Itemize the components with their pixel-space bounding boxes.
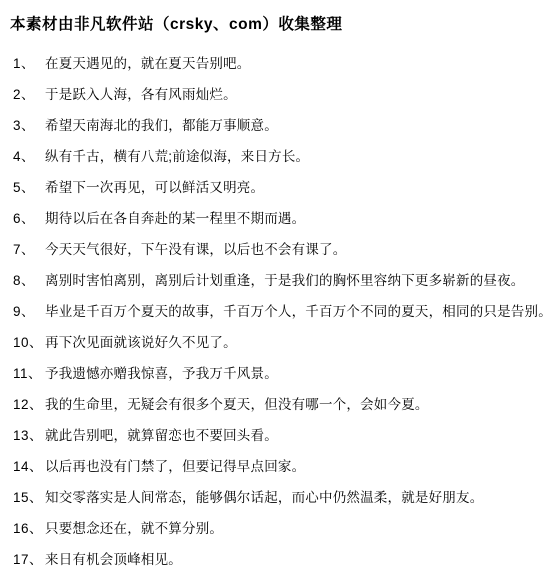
quote-item-text: 就此告别吧，就算留恋也不要回头看。 <box>45 427 546 444</box>
quote-item-text: 纵有千古，横有八荒;前途似海，来日方长。 <box>45 148 546 165</box>
quote-item-number: 5、 <box>13 179 45 196</box>
quote-item-text: 希望下一次再见，可以鲜活又明亮。 <box>45 179 546 196</box>
quote-item-text: 希望天南海北的我们，都能万事顺意。 <box>45 117 546 134</box>
quote-item-number: 10、 <box>13 334 45 351</box>
quote-item-number: 11、 <box>13 365 45 382</box>
quote-item: 13、 就此告别吧，就算留恋也不要回头看。 <box>13 427 546 444</box>
quote-item-text: 在夏天遇见的，就在夏天告别吧。 <box>45 55 546 72</box>
quote-item: 14、 以后再也没有门禁了，但要记得早点回家。 <box>13 458 546 475</box>
quote-item-text: 再下次见面就该说好久不见了。 <box>45 334 546 351</box>
quote-item-text: 以后再也没有门禁了，但要记得早点回家。 <box>45 458 546 475</box>
quote-item: 15、 知交零落实是人间常态，能够偶尔话起，而心中仍然温柔，就是好朋友。 <box>13 489 546 506</box>
quote-item-number: 9、 <box>13 303 45 320</box>
quote-item: 9、 毕业是千百万个夏天的故事，千百万个人，千百万个不同的夏天，相同的只是告别。 <box>13 303 546 320</box>
quote-item: 10、 再下次见面就该说好久不见了。 <box>13 334 546 351</box>
quote-item-number: 6、 <box>13 210 45 227</box>
quote-item-number: 3、 <box>13 117 45 134</box>
quote-item-number: 12、 <box>13 396 45 413</box>
quote-item: 8、 离别时害怕离别，离别后计划重逢，于是我们的胸怀里容纳下更多崭新的昼夜。 <box>13 272 546 289</box>
quote-item-text: 期待以后在各自奔赴的某一程里不期而遇。 <box>45 210 546 227</box>
quote-item-number: 2、 <box>13 86 45 103</box>
document-page: 本素材由非凡软件站（crsky、com）收集整理 1、 在夏天遇见的，就在夏天告… <box>0 0 554 566</box>
quote-item-number: 15、 <box>13 489 45 506</box>
quote-item: 1、 在夏天遇见的，就在夏天告别吧。 <box>13 55 546 72</box>
quote-item-text: 予我遗憾亦赠我惊喜，予我万千风景。 <box>45 365 546 382</box>
quote-item-number: 7、 <box>13 241 45 258</box>
quote-item-number: 14、 <box>13 458 45 475</box>
quote-item-number: 4、 <box>13 148 45 165</box>
quote-item-number: 17、 <box>13 551 45 566</box>
quote-item-text: 我的生命里，无疑会有很多个夏天，但没有哪一个，会如今夏。 <box>45 396 546 413</box>
quote-item-number: 13、 <box>13 427 45 444</box>
quote-item: 12、 我的生命里，无疑会有很多个夏天，但没有哪一个，会如今夏。 <box>13 396 546 413</box>
quote-item-text: 今天天气很好，下午没有课，以后也不会有课了。 <box>45 241 546 258</box>
quote-item-text: 来日有机会顶峰相见。 <box>45 551 546 566</box>
quote-item: 2、 于是跃入人海，各有风雨灿烂。 <box>13 86 546 103</box>
quote-item-text: 只要想念还在，就不算分别。 <box>45 520 546 537</box>
quote-item: 17、 来日有机会顶峰相见。 <box>13 551 546 566</box>
quote-item: 6、 期待以后在各自奔赴的某一程里不期而遇。 <box>13 210 546 227</box>
quote-item-number: 8、 <box>13 272 45 289</box>
quote-item: 7、 今天天气很好，下午没有课，以后也不会有课了。 <box>13 241 546 258</box>
quote-list: 1、 在夏天遇见的，就在夏天告别吧。 2、 于是跃入人海，各有风雨灿烂。 3、 … <box>10 55 546 566</box>
document-title: 本素材由非凡软件站（crsky、com）收集整理 <box>10 16 546 33</box>
quote-item-number: 16、 <box>13 520 45 537</box>
quote-item-text: 离别时害怕离别，离别后计划重逢，于是我们的胸怀里容纳下更多崭新的昼夜。 <box>45 272 546 289</box>
quote-item-number: 1、 <box>13 55 45 72</box>
quote-item: 11、 予我遗憾亦赠我惊喜，予我万千风景。 <box>13 365 546 382</box>
quote-item: 3、 希望天南海北的我们，都能万事顺意。 <box>13 117 546 134</box>
quote-item: 16、 只要想念还在，就不算分别。 <box>13 520 546 537</box>
quote-item-text: 于是跃入人海，各有风雨灿烂。 <box>45 86 546 103</box>
quote-item: 4、 纵有千古，横有八荒;前途似海，来日方长。 <box>13 148 546 165</box>
quote-item-text: 毕业是千百万个夏天的故事，千百万个人，千百万个不同的夏天，相同的只是告别。 <box>45 303 552 320</box>
quote-item: 5、 希望下一次再见，可以鲜活又明亮。 <box>13 179 546 196</box>
quote-item-text: 知交零落实是人间常态，能够偶尔话起，而心中仍然温柔，就是好朋友。 <box>45 489 546 506</box>
